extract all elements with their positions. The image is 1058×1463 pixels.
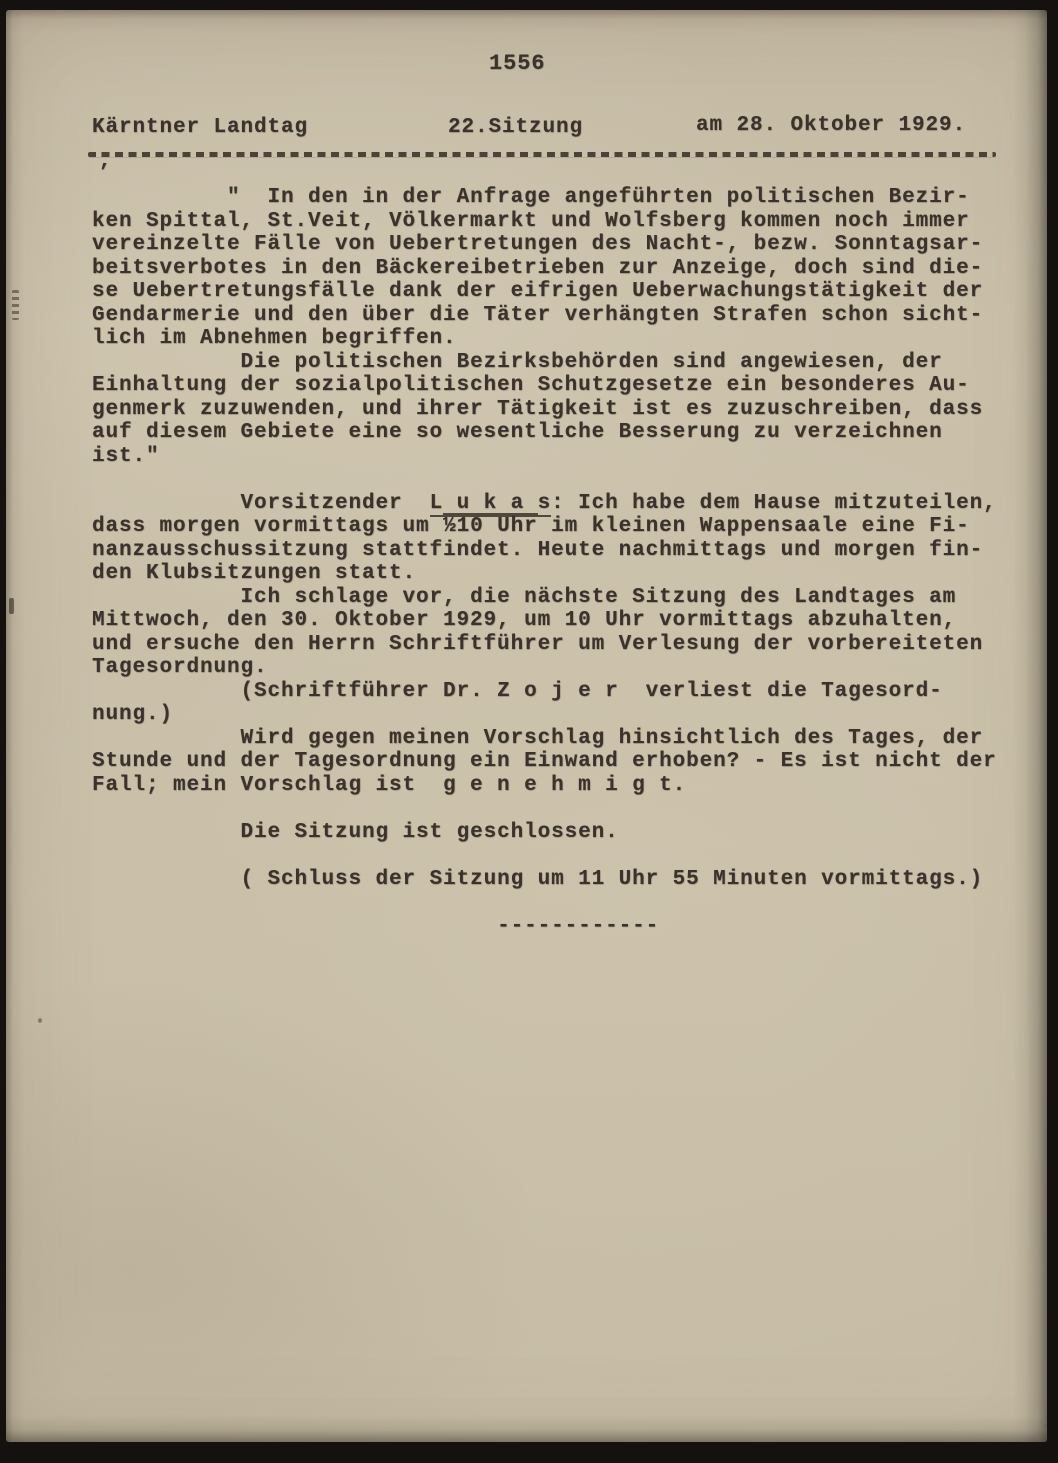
- end-dashed-rule: ------------: [497, 915, 659, 938]
- scan-smudge: [12, 290, 19, 320]
- body-text-part3: im kleinen Wappensaale eine Fi- nanzauss…: [92, 515, 997, 938]
- page-number: 1556: [489, 52, 545, 76]
- body-text-part1: " In den in der Anfrage angeführten poli…: [92, 186, 983, 515]
- header-institution: Kärntner Landtag: [92, 116, 308, 140]
- typed-apostrophe-mark: ’: [98, 162, 111, 186]
- session-time-overlined: ½10 Uhr: [443, 513, 538, 538]
- scanned-document-page: 1556 Kärntner Landtag 22.Sitzung am 28. …: [0, 0, 1058, 1463]
- header-date: am 28. Oktober 1929.: [696, 114, 966, 138]
- header-dashed-rule: [88, 152, 996, 157]
- document-body: " In den in der Anfrage angeführten poli…: [92, 186, 1026, 938]
- scan-smudge: [38, 1018, 42, 1023]
- paper-sheet: 1556 Kärntner Landtag 22.Sitzung am 28. …: [6, 10, 1047, 1442]
- scan-smudge: [9, 598, 14, 614]
- header-session-number: 22.Sitzung: [448, 116, 583, 140]
